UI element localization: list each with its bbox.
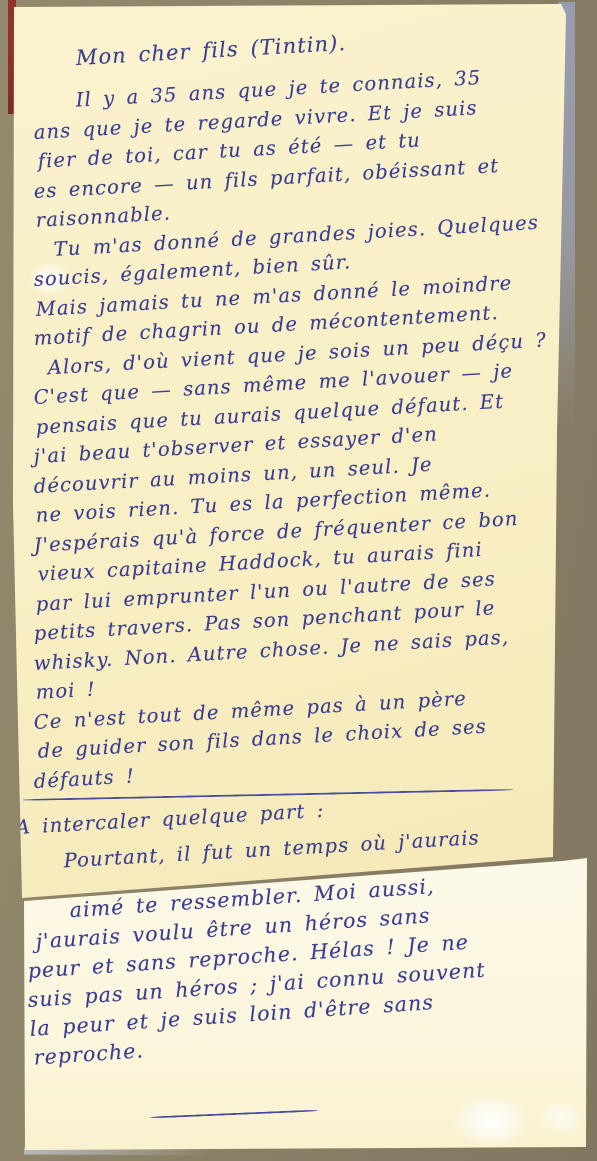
flash-highlight <box>538 1101 584 1135</box>
flash-highlight <box>452 1095 530 1147</box>
scanned-letter-scene: Mon cher fils (Tintin). Il y a 35 ans qu… <box>0 0 597 1161</box>
letter-page-2: aimé te ressembler. Moi aussi, j'aurais … <box>22 855 588 1153</box>
letter-salutation: Mon cher fils (Tintin). <box>75 31 347 70</box>
letter-page-1: Mon cher fils (Tintin). Il y a 35 ans qu… <box>10 4 580 906</box>
letter-body-page-1: Il y a 35 ans que je te connais, 35 ans … <box>34 88 548 877</box>
letter-body-page-2: aimé te ressembler. Moi aussi, j'aurais … <box>28 899 487 1073</box>
ink-flourish-line <box>150 1109 318 1118</box>
